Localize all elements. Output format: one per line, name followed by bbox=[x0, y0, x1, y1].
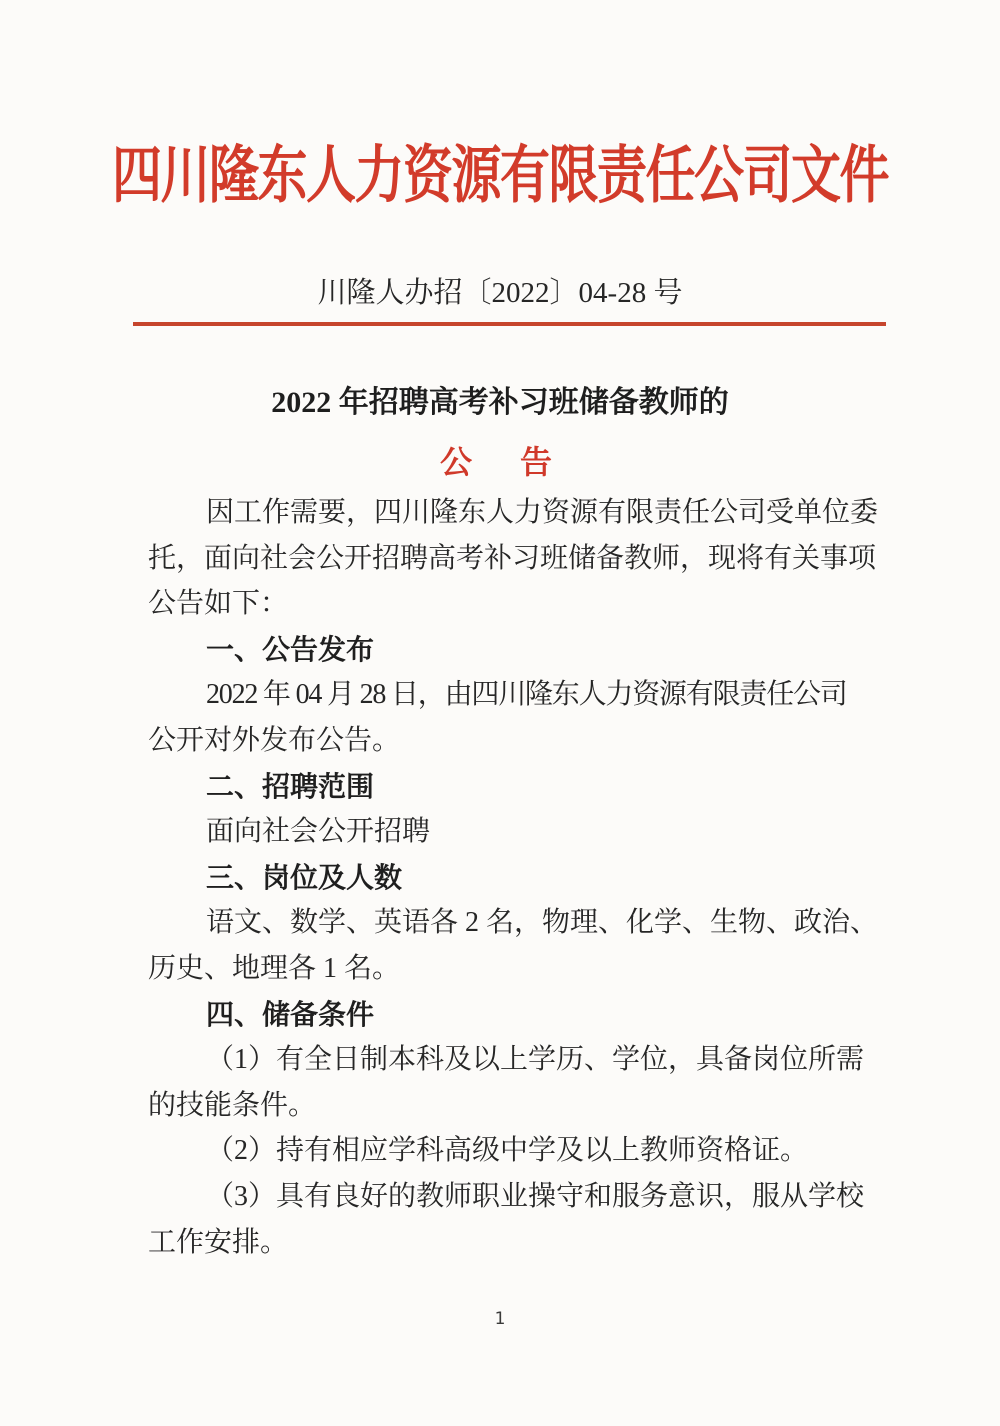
subject-title: 2022 年招聘高考补习班储备教师的 bbox=[0, 384, 1000, 422]
body-line: 工作安排。 bbox=[148, 1220, 884, 1266]
letterhead-title-text: 四川隆东人力资源有限责任公司文件 bbox=[112, 144, 888, 207]
body-line: （2）持有相应学科高级中学及以上教师资格证。 bbox=[148, 1128, 884, 1174]
letterhead-divider-rule bbox=[133, 322, 886, 326]
letterhead-title: 四川隆东人力资源有限责任公司文件 bbox=[0, 150, 1000, 213]
body-line: 面向社会公开招聘 bbox=[148, 809, 884, 855]
page-number: 1 bbox=[0, 1308, 1000, 1330]
document-body: 因工作需要，四川隆东人力资源有限责任公司受单位委托，面向社会公开招聘高考补习班储… bbox=[148, 490, 884, 1265]
body-line: （3）具有良好的教师职业操守和服务意识，服从学校 bbox=[148, 1174, 884, 1220]
body-line: 2022 年 04 月 28 日，由四川隆东人力资源有限责任公司 bbox=[148, 672, 884, 718]
notice-label: 公 告 bbox=[0, 442, 1000, 482]
body-line: （1）有全日制本科及以上学历、学位，具备岗位所需 bbox=[148, 1037, 884, 1083]
body-line: 因工作需要，四川隆东人力资源有限责任公司受单位委 bbox=[148, 490, 884, 536]
body-line: 语文、数学、英语各 2 名，物理、化学、生物、政治、 bbox=[148, 900, 884, 946]
document-number: 川隆人办招〔2022〕04-28 号 bbox=[0, 275, 1000, 311]
section-heading: 二、招聘范围 bbox=[148, 764, 884, 810]
scanned-document-page: 四川隆东人力资源有限责任公司文件 川隆人办招〔2022〕04-28 号 2022… bbox=[0, 0, 1000, 1426]
section-heading: 一、公告发布 bbox=[148, 627, 884, 673]
body-line: 公告如下： bbox=[148, 581, 884, 627]
body-line: 托，面向社会公开招聘高考补习班储备教师，现将有关事项 bbox=[148, 536, 884, 582]
section-heading: 四、储备条件 bbox=[148, 992, 884, 1038]
body-line: 的技能条件。 bbox=[148, 1083, 884, 1129]
section-heading: 三、岗位及人数 bbox=[148, 855, 884, 901]
body-line: 历史、地理各 1 名。 bbox=[148, 946, 884, 992]
body-line: 公开对外发布公告。 bbox=[148, 718, 884, 764]
